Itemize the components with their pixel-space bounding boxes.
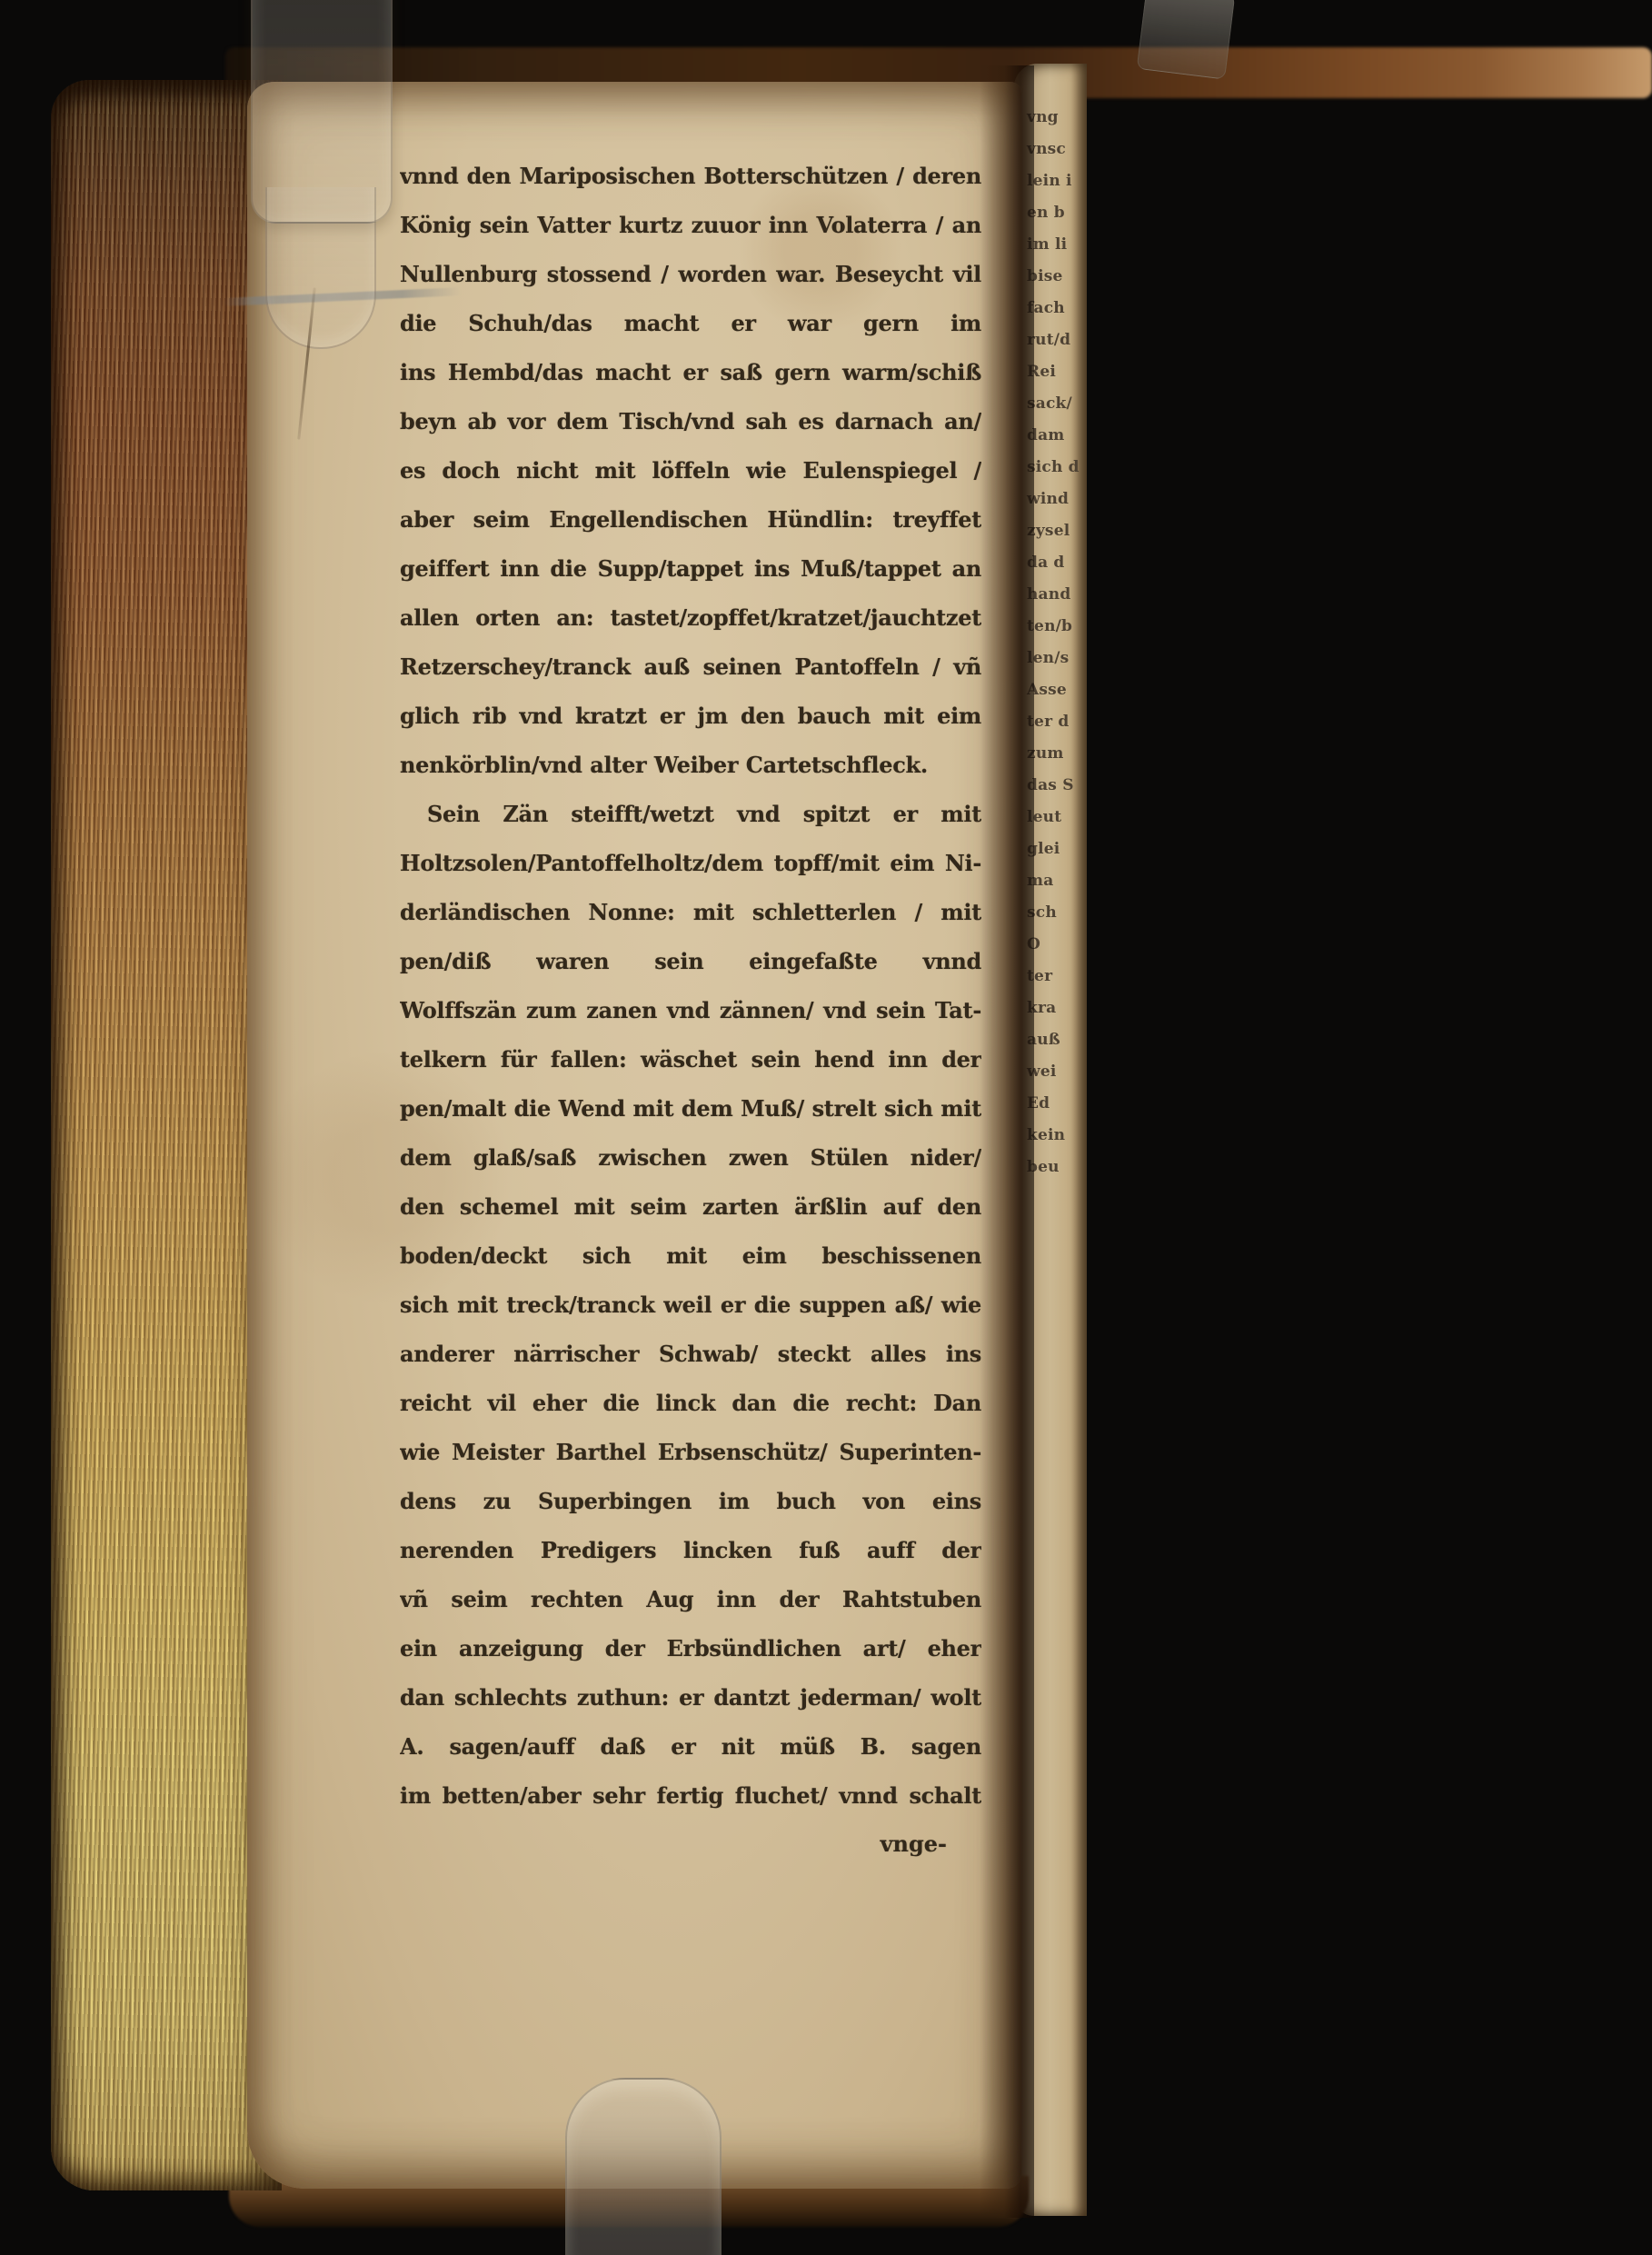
text-line: ins Hembd/das macht er saß gern warm/sch… — [400, 349, 981, 398]
text-fragment: zum — [1027, 738, 1087, 770]
text-fragment: glei — [1027, 833, 1087, 865]
text-fragment: zysel — [1027, 515, 1087, 547]
text-fragment: ter — [1027, 961, 1087, 993]
text-line: beyn ab vor dem Tisch/vnd sah es darnach… — [400, 398, 981, 447]
text-line: Nullenburg stossend / worden war. Beseyc… — [400, 251, 981, 300]
text-line: allen orten an: tastet/zopffet/kratzet/j… — [400, 594, 981, 644]
right-clamp — [1137, 0, 1236, 80]
facing-page-text-fragments: vngvnsclein ien bim libisefachrut/dReisa… — [1014, 64, 1087, 1183]
text-fragment: kein — [1027, 1120, 1087, 1152]
text-fragment: beu — [1027, 1152, 1087, 1183]
text-line: Sein Zän steifft/wetzt vnd spitzt er mit… — [400, 791, 981, 840]
text-fragment: Rei — [1027, 356, 1087, 388]
text-line: dens zu Superbingen im buch von eins san… — [400, 1478, 981, 1527]
text-fragment: sch — [1027, 897, 1087, 929]
text-line: nenkörblin/vnd alter Weiber Cartetschfle… — [400, 742, 981, 791]
text-line: Wolffszän zum zanen vnd zännen/ vnd sein… — [400, 987, 981, 1036]
text-line: geiffert inn die Supp/tappet ins Muß/tap… — [400, 545, 981, 594]
text-line: pen/diß waren sein eingefaßte vnnd angeh… — [400, 938, 981, 987]
text-line: derländischen Nonne: mit schletterlen / … — [400, 889, 981, 938]
text-line: dan schlechts zuthun: er dantzt jederman… — [400, 1674, 981, 1723]
text-line: boden/deckt sich mit eim beschissenen Sa… — [400, 1232, 981, 1282]
text-fragment: lein i — [1027, 165, 1087, 197]
text-fragment: dam — [1027, 420, 1087, 452]
catchword: vnge- — [400, 1821, 981, 1871]
text-line: dem glaß/saß zwischen zwen Stülen nider/… — [400, 1134, 981, 1183]
text-fragment: O — [1027, 929, 1087, 961]
text-line: A. sagen/auff daß er nit müß B. sagen /s… — [400, 1723, 981, 1772]
text-line: ein anzeigung der Erbsündlichen art/ ehe… — [400, 1625, 981, 1674]
text-line: glich rib vnd kratzt er jm den bauch mit… — [400, 693, 981, 742]
text-fragment: ten/b — [1027, 611, 1087, 643]
text-line: Holtzsolen/Pantoffelholtz/dem topff/mit … — [400, 840, 981, 889]
text-fragment: vng — [1027, 102, 1087, 134]
text-line: aber seim Engellendischen Hündlin: treyf… — [400, 496, 981, 545]
text-fragment: Ed — [1027, 1088, 1087, 1120]
text-line: vñ seim rechten Aug inn der Rahtstuben s… — [400, 1576, 981, 1625]
top-book-strap-tip — [265, 187, 376, 349]
text-line: Retzerschey/tranck auß seinen Pantoffeln… — [400, 644, 981, 693]
bottom-book-strap — [565, 2078, 722, 2255]
text-fragment: im li — [1027, 229, 1087, 261]
text-line: die Schuh/das macht er war gern im nasse… — [400, 300, 981, 349]
text-fragment: kra — [1027, 993, 1087, 1024]
text-line: wie Meister Barthel Erbsenschütz/ Superi… — [400, 1429, 981, 1478]
text-line: es doch nicht mit löffeln wie Eulenspieg… — [400, 447, 981, 496]
book-page: vnnd den Mariposischen Botterschützen / … — [247, 82, 1021, 2189]
text-fragment: fach — [1027, 293, 1087, 324]
text-line: im betten/aber sehr fertig fluchet/ vnnd… — [400, 1772, 981, 1821]
text-line: telkern für fallen: wäschet sein hend in… — [400, 1036, 981, 1085]
text-fragment: vnsc — [1027, 134, 1087, 165]
text-fragment: len/s — [1027, 643, 1087, 674]
text-fragment: wei — [1027, 1056, 1087, 1088]
text-line: sich mit treck/tranck weil er die suppen… — [400, 1282, 981, 1331]
text-fragment: ter d — [1027, 706, 1087, 738]
text-line: den schemel mit seim zarten ärßlin auf d… — [400, 1183, 981, 1232]
text-fragment: sich d — [1027, 452, 1087, 484]
facing-page-sliver: vngvnsclein ien bim libisefachrut/dReisa… — [1014, 64, 1087, 2216]
text-line: reicht vil eher die linck dan die recht:… — [400, 1380, 981, 1429]
text-fragment: bise — [1027, 261, 1087, 293]
text-line: vnnd den Mariposischen Botterschützen / … — [400, 153, 981, 202]
text-line: pen/malt die Wend mit dem Muß/ strelt si… — [400, 1085, 981, 1134]
text-fragment: en b — [1027, 197, 1087, 229]
text-fragment: das S — [1027, 770, 1087, 802]
paragraph-1: vnnd den Mariposischen Botterschützen / … — [400, 153, 981, 791]
text-fragment: sack/ — [1027, 388, 1087, 420]
book-photo: vngvnsclein ien bim libisefachrut/dReisa… — [0, 0, 1652, 2255]
text-line: anderer närrischer Schwab/ steckt alles … — [400, 1331, 981, 1380]
text-fragment: rut/d — [1027, 324, 1087, 356]
text-fragment: leut — [1027, 802, 1087, 833]
text-fragment: auß — [1027, 1024, 1087, 1056]
text-fragment: Asse — [1027, 674, 1087, 706]
text-fragment: da d — [1027, 547, 1087, 579]
text-fragment: ma — [1027, 865, 1087, 897]
text-fragment: wind — [1027, 484, 1087, 515]
paragraph-2: Sein Zän steifft/wetzt vnd spitzt er mit… — [400, 791, 981, 1821]
page-text: vnnd den Mariposischen Botterschützen / … — [400, 153, 981, 1871]
text-line: König sein Vatter kurtz zuuor inn Volate… — [400, 202, 981, 251]
text-fragment: hand — [1027, 579, 1087, 611]
text-line: nerenden Predigers lincken fuß auff der … — [400, 1527, 981, 1576]
